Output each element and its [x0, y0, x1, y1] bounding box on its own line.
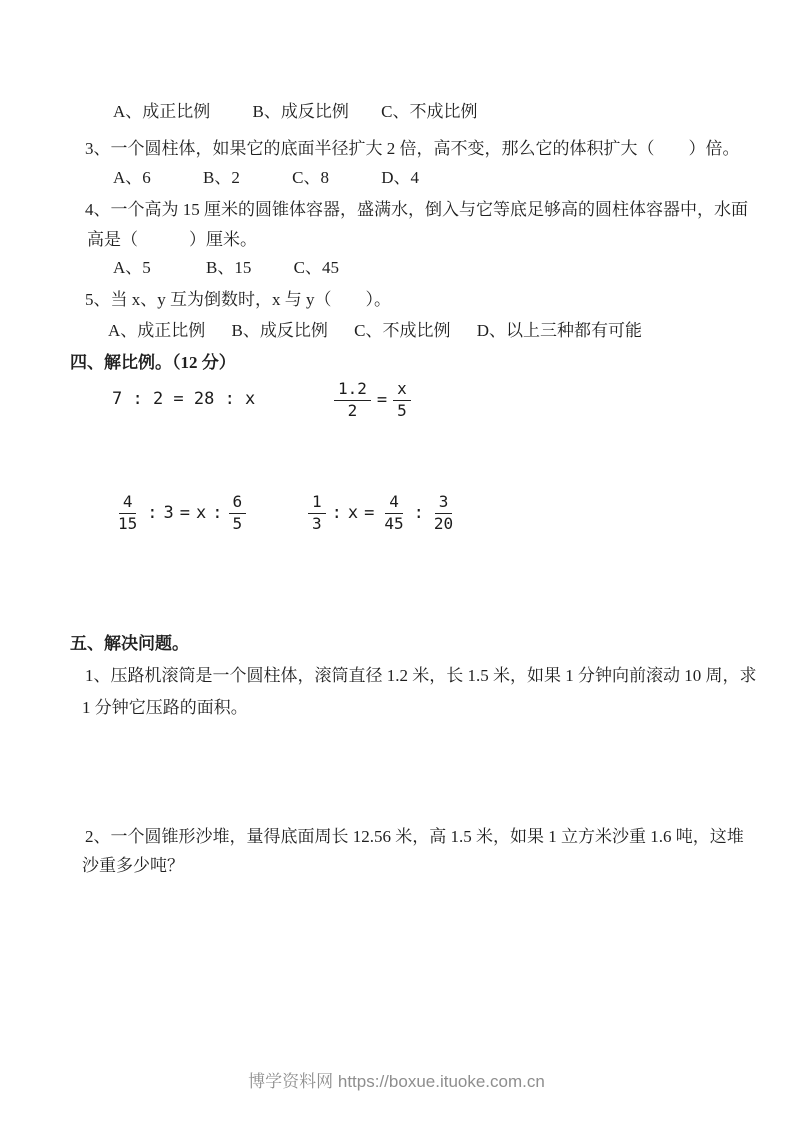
option-a: A、成正比例	[113, 102, 210, 122]
question-4-line-1: 4、一个高为 15 厘米的圆锥体容器，盛满水，倒入与它等底足够高的圆柱体容器中，…	[85, 200, 748, 220]
option-b: B、成反比例	[232, 321, 328, 341]
fraction-numerator: 3	[435, 494, 453, 514]
fraction: 4 45	[380, 494, 407, 533]
fraction-denominator: 2	[344, 401, 362, 420]
unknown-x: x	[196, 503, 206, 523]
question-4-options-row: A、5 B、15 C、45	[113, 258, 339, 278]
option-b: B、成反比例	[253, 102, 349, 122]
question-5-options-row: A、成正比例 B、成反比例 C、不成比例 D、以上三种都有可能	[108, 321, 642, 341]
fraction-numerator: 6	[229, 494, 247, 514]
equation-1: 7 : 2 = 28 : x	[112, 389, 255, 409]
fraction-numerator: 1.2	[334, 381, 371, 401]
fraction-denominator: 3	[308, 514, 326, 533]
question-3-options-row: A、6 B、2 C、8 D、4	[113, 168, 419, 188]
fraction-denominator: 5	[393, 401, 411, 420]
option-a: A、5	[113, 258, 151, 278]
term: 3	[164, 503, 174, 523]
option-d: D、4	[381, 168, 419, 188]
fraction: 6 5	[229, 494, 247, 533]
colon-sign: :	[332, 503, 342, 523]
option-b: B、15	[206, 258, 251, 278]
option-c: C、8	[292, 168, 329, 188]
fraction-numerator: 4	[119, 494, 137, 514]
worksheet-page: A、成正比例 B、成反比例 C、不成比例 3、一个圆柱体，如果它的底面半径扩大 …	[0, 0, 793, 1122]
fraction-numerator: x	[393, 381, 411, 401]
option-d: D、以上三种都有可能	[477, 321, 642, 341]
colon-sign: :	[147, 503, 157, 523]
fraction-denominator: 20	[430, 514, 457, 533]
fraction: 1.2 2	[334, 381, 371, 420]
fraction: 3 20	[430, 494, 457, 533]
fraction-numerator: 1	[308, 494, 326, 514]
equation-2: 1.2 2 = x 5	[334, 381, 411, 420]
option-c: C、不成比例	[381, 102, 477, 122]
question-4-line-2: 高是（ ）厘米。	[87, 230, 257, 250]
option-c: C、不成比例	[354, 321, 450, 341]
problem-1-line-1: 1、压路机滚筒是一个圆柱体，滚筒直径 1.2 米，长 1.5 米，如果 1 分钟…	[85, 666, 757, 686]
fraction-denominator: 45	[380, 514, 407, 533]
equals-sign: =	[180, 503, 190, 523]
fraction-denominator: 15	[114, 514, 141, 533]
section-4-heading: 四、解比例。（12 分）	[70, 353, 236, 373]
fraction: 4 15	[114, 494, 141, 533]
fraction-numerator: 4	[385, 494, 403, 514]
question-3-text: 3、一个圆柱体，如果它的底面半径扩大 2 倍，高不变，那么它的体积扩大（ ）倍。	[85, 139, 740, 159]
colon-sign: :	[212, 503, 222, 523]
option-a: A、成正比例	[108, 321, 205, 341]
fraction: x 5	[393, 381, 411, 420]
problem-2-line-2: 沙重多少吨？	[82, 856, 184, 876]
option-c: C、45	[294, 258, 339, 278]
footer-watermark: 博学资料网 https://boxue.ituoke.com.cn	[0, 1067, 793, 1092]
colon-sign: :	[414, 503, 424, 523]
fraction: 1 3	[308, 494, 326, 533]
question-2-options-row: A、成正比例 B、成反比例 C、不成比例	[113, 102, 477, 122]
unknown-x: x	[348, 503, 358, 523]
equation-3: 4 15 : 3 = x : 6 5	[114, 494, 246, 533]
problem-2-line-1: 2、一个圆锥形沙堆，量得底面周长 12.56 米，高 1.5 米，如果 1 立方…	[85, 827, 744, 847]
question-5-text: 5、当 x、y 互为倒数时，x 与 y（ ）。	[85, 290, 391, 310]
equals-sign: =	[364, 503, 374, 523]
option-b: B、2	[203, 168, 240, 188]
equation-4: 1 3 : x = 4 45 : 3 20	[308, 494, 457, 533]
problem-1-line-2: 1 分钟它压路的面积。	[82, 698, 248, 718]
section-5-heading: 五、解决问题。	[70, 634, 189, 654]
option-a: A、6	[113, 168, 151, 188]
equals-sign: =	[377, 390, 387, 410]
fraction-denominator: 5	[229, 514, 247, 533]
